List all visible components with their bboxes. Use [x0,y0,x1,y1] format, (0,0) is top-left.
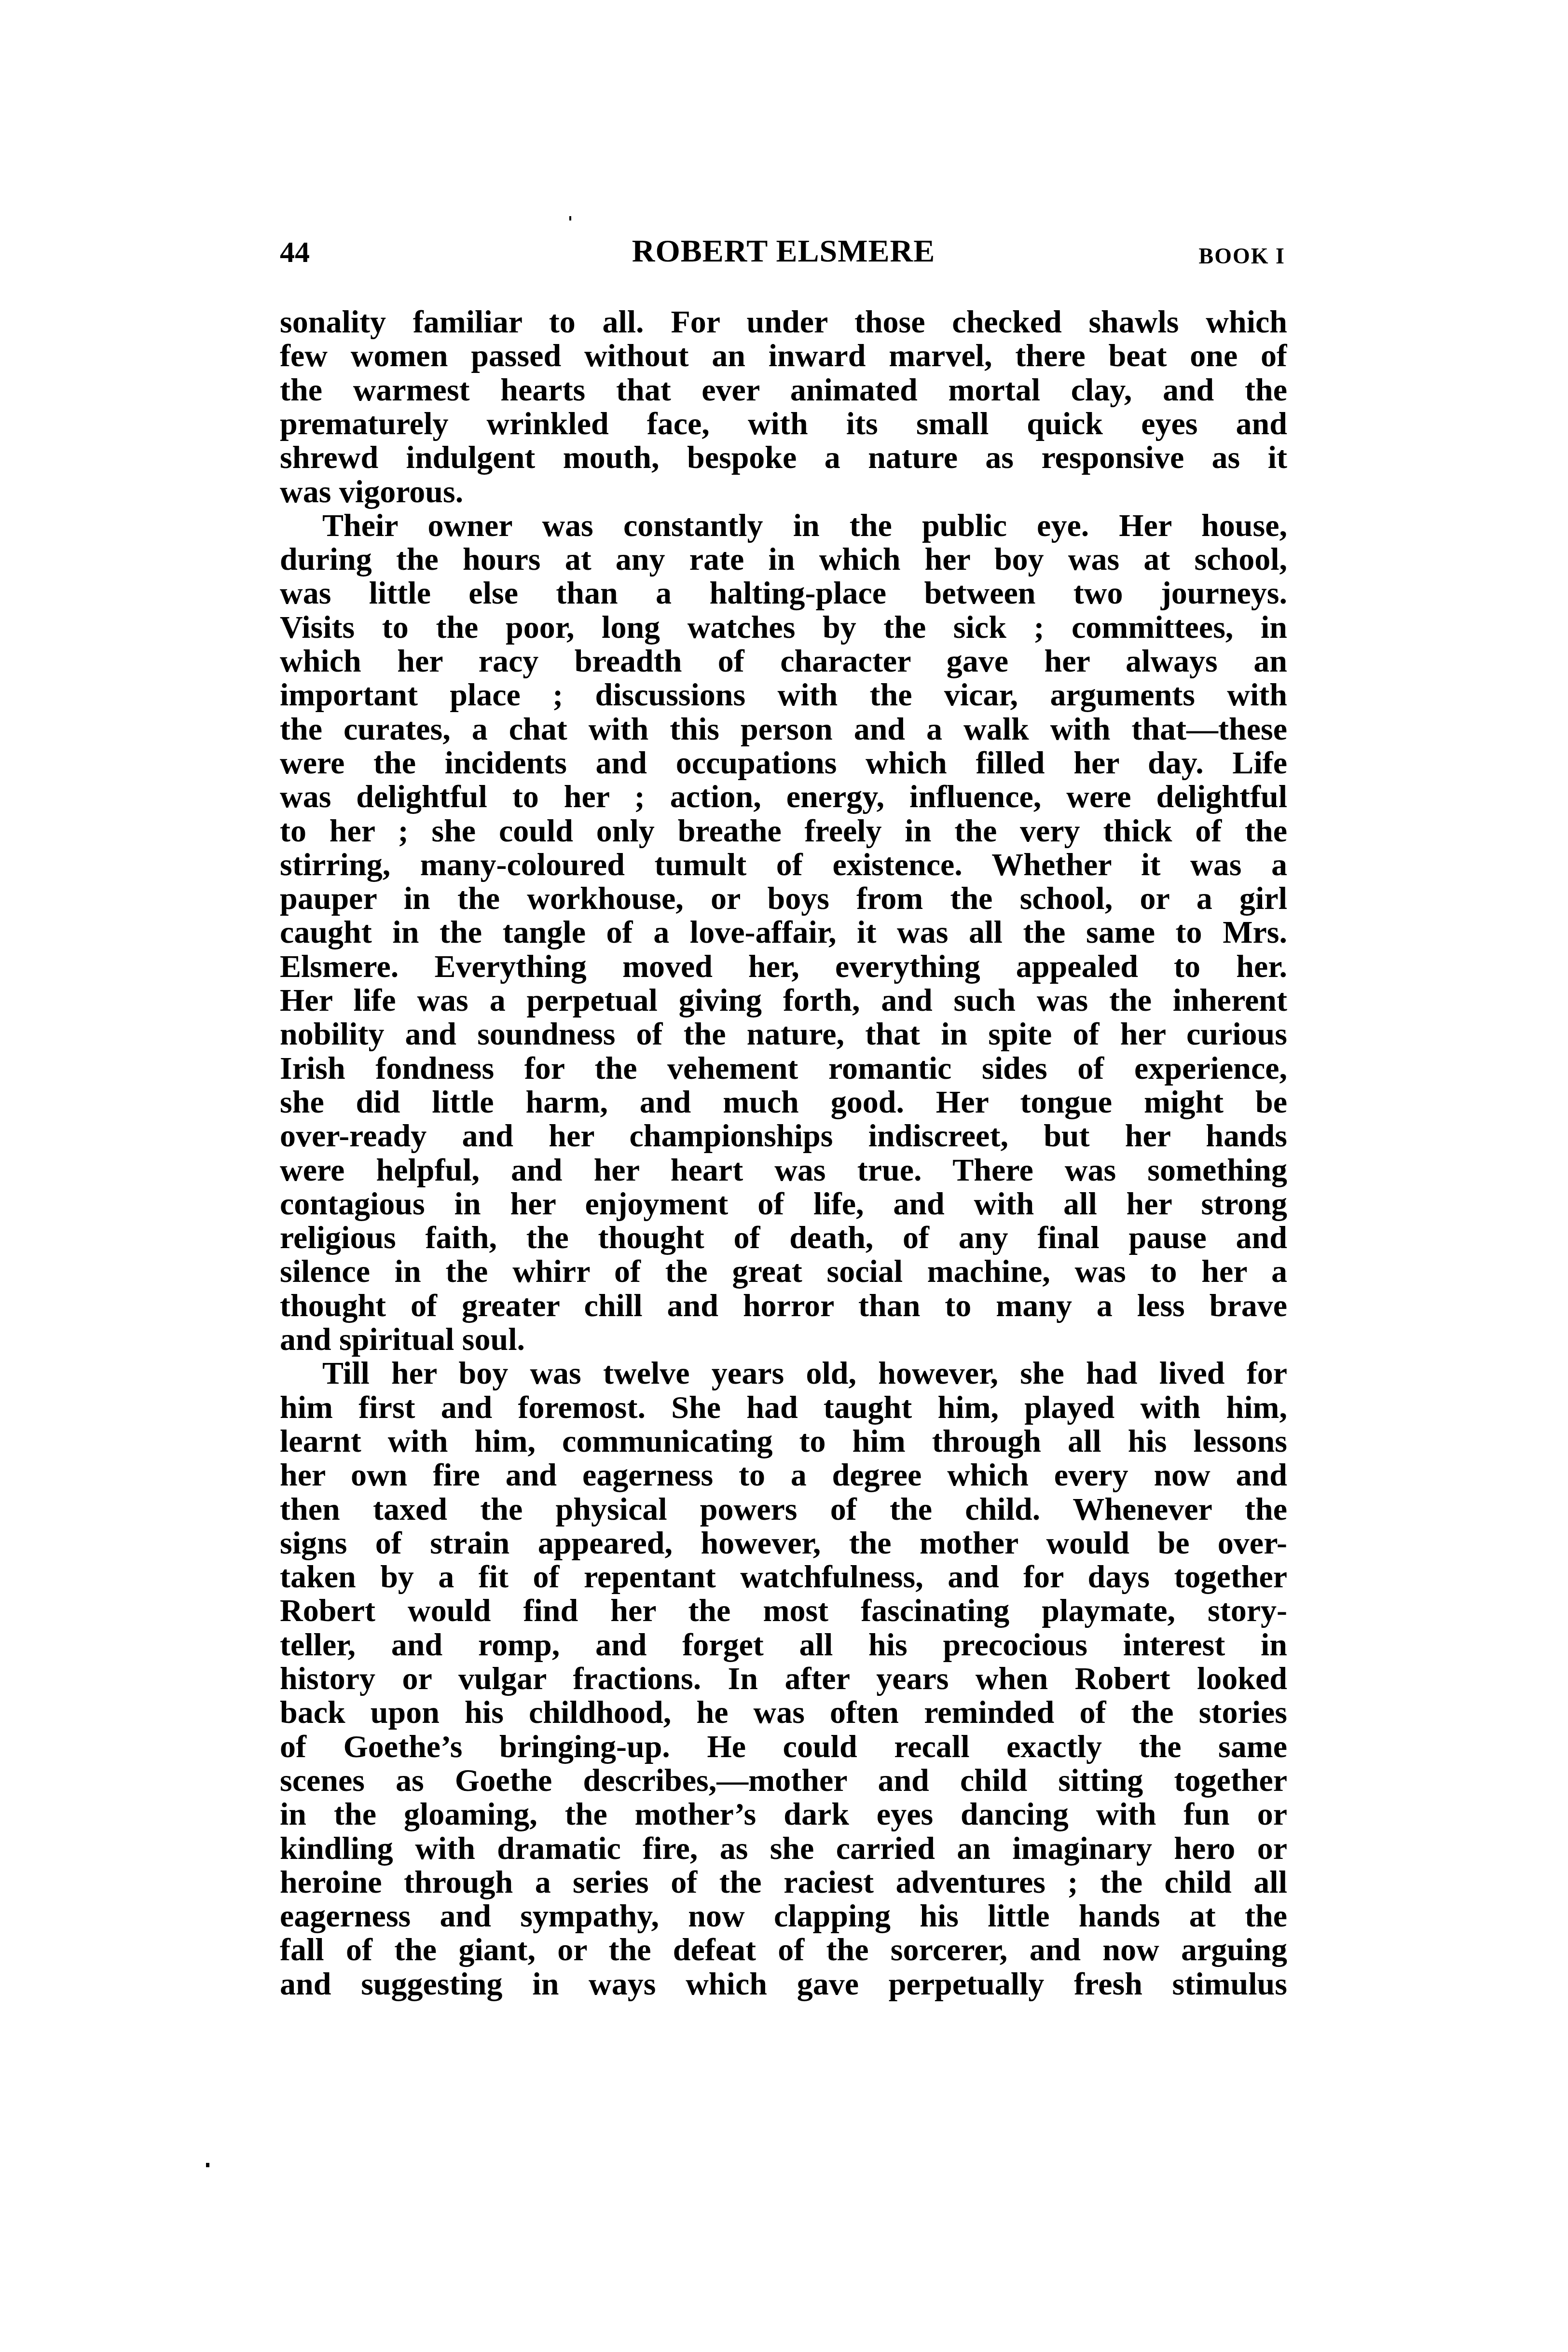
book-page: 44 ROBERT ELSMERE BOOK I sonality famili… [0,0,1568,2352]
text-line: of Goethe’s bringing-up. He could recall… [280,1730,1287,1764]
text-line: contagious in her enjoyment of life, and… [280,1187,1287,1221]
text-line: the warmest hearts that ever animated mo… [280,373,1287,407]
text-line: in the gloaming, the mother’s dark eyes … [280,1798,1287,1831]
text-line: caught in the tangle of a love-affair, i… [280,916,1287,949]
text-line: silence in the whirr of the great social… [280,1255,1287,1289]
text-line: learnt with him, communicating to him th… [280,1425,1287,1458]
text-line: back upon his childhood, he was often re… [280,1696,1287,1730]
text-line: him first and foremost. She had taught h… [280,1391,1287,1425]
text-line: she did little harm, and much good. Her … [280,1086,1287,1119]
running-head: 44 ROBERT ELSMERE BOOK I [280,239,1287,273]
text-line: Irish fondness for the vehement romantic… [280,1052,1287,1086]
text-line: important place ; discussions with the v… [280,678,1287,712]
running-title: ROBERT ELSMERE [280,235,1287,267]
text-line: taken by a fit of repentant watchfulness… [280,1560,1287,1594]
text-line: Her life was a perpetual giving forth, a… [280,984,1287,1018]
text-line: sonality familiar to all. For under thos… [280,305,1287,339]
text-line: history or vulgar fractions. In after ye… [280,1662,1287,1696]
book-section-label: BOOK I [1199,245,1285,267]
text-line: teller, and romp, and forget all his pre… [280,1628,1287,1662]
text-line: during the hours at any rate in which he… [280,543,1287,577]
text-line: shrewd indulgent mouth, bespoke a nature… [280,441,1287,475]
text-line: her own fire and eagerness to a degree w… [280,1458,1287,1492]
text-line: prematurely wrinkled face, with its smal… [280,407,1287,441]
text-line: then taxed the physical powers of the ch… [280,1493,1287,1527]
text-line: the curates, a chat with this person and… [280,713,1287,746]
text-line: heroine through a series of the raciest … [280,1866,1287,1899]
text-line: eagerness and sympathy, now clapping his… [280,1899,1287,1933]
text-line: Till her boy was twelve years old, howev… [322,1357,1287,1390]
text-line: pauper in the workhouse, or boys from th… [280,882,1287,916]
text-line: to her ; she could only breathe freely i… [280,814,1287,848]
text-line: was vigorous. [280,475,1287,509]
text-line: which her racy breadth of character gave… [280,645,1287,678]
text-line: were helpful, and her heart was true. Th… [280,1154,1287,1187]
text-line: few women passed without an inward marve… [280,339,1287,373]
text-line: scenes as Goethe describes,—mother and c… [280,1764,1287,1798]
text-line: were the incidents and occupations which… [280,746,1287,780]
scan-speck-top [569,216,571,220]
text-line: was little else than a halting-place bet… [280,577,1287,610]
text-line: kindling with dramatic fire, as she carr… [280,1832,1287,1866]
text-line: nobility and soundness of the nature, th… [280,1018,1287,1051]
text-line: and spiritual soul. [280,1323,1287,1357]
text-line: thought of greater chill and horror than… [280,1289,1287,1323]
text-line: Visits to the poor, long watches by the … [280,611,1287,645]
text-line: and suggesting in ways which gave perpet… [280,1967,1287,2001]
text-line: Robert would find her the most fascinati… [280,1594,1287,1628]
text-line: stirring, many-coloured tumult of existe… [280,848,1287,882]
text-line: Elsmere. Everything moved her, everythin… [280,950,1287,984]
text-line: was delightful to her ; action, energy, … [280,780,1287,814]
text-line: signs of strain appeared, however, the m… [280,1527,1287,1560]
text-line: fall of the giant, or the defeat of the … [280,1933,1287,1967]
text-line: religious faith, the thought of death, o… [280,1221,1287,1255]
text-line: Their owner was constantly in the public… [322,509,1287,543]
scan-speck-bottom [206,2163,209,2167]
text-line: over-ready and her championships indiscr… [280,1119,1287,1153]
